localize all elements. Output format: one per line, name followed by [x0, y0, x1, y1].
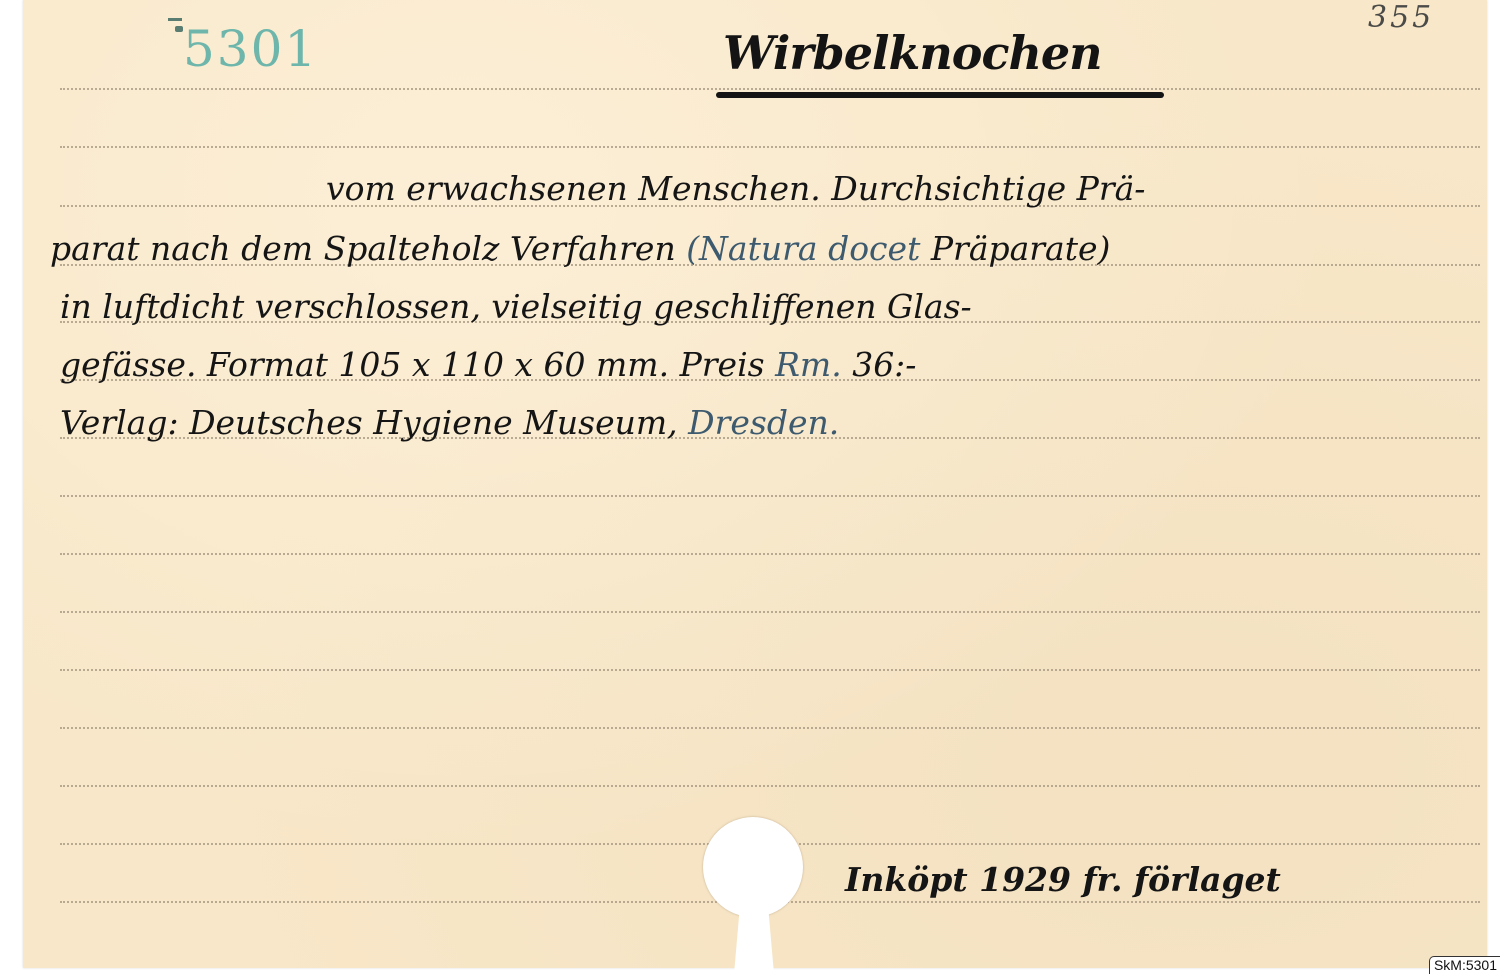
catalog-stamp-number: 5301 — [183, 24, 318, 74]
text-segment: parat nach dem Spalteholz Verfahren — [50, 229, 686, 268]
handwritten-line-3: in luftdicht verschlossen, vielseitig ge… — [60, 290, 972, 323]
ruled-line — [60, 495, 1480, 497]
text-segment-blue-ink: Rm. — [775, 345, 842, 384]
text-segment: gefässe. Format 105 x 110 x 60 mm. Preis — [60, 345, 775, 384]
stamp-mark — [175, 26, 183, 32]
ruled-line — [60, 553, 1480, 555]
corner-pencil-number: 355 — [1368, 0, 1434, 35]
handwritten-line-5: Verlag: Deutsches Hygiene Museum, Dresde… — [60, 406, 839, 439]
text-segment: in luftdicht verschlossen, vielseitig ge… — [60, 287, 972, 326]
ruled-line — [60, 727, 1480, 729]
keyhole-punch-hole — [703, 817, 803, 917]
text-segment: 36:- — [842, 345, 917, 384]
text-segment: Präparate) — [920, 229, 1110, 268]
handwritten-line-2: parat nach dem Spalteholz Verfahren (Nat… — [50, 232, 1110, 265]
handwritten-line-4: gefässe. Format 105 x 110 x 60 mm. Preis… — [60, 348, 916, 381]
keyhole-punch-slot — [734, 905, 774, 974]
handwritten-line-1: vom erwachsenen Menschen. Durchsichtige … — [326, 172, 1145, 205]
ruled-line — [60, 88, 1480, 90]
text-segment-blue-ink: Dresden. — [688, 403, 839, 442]
ruled-line — [60, 146, 1480, 148]
acquisition-note: Inköpt 1929 fr. förlaget — [845, 863, 1281, 896]
reference-label: SkM:5301 — [1429, 956, 1500, 974]
ruled-line — [60, 611, 1480, 613]
title-underline — [716, 92, 1164, 98]
text-segment: Verlag: Deutsches Hygiene Museum, — [60, 403, 688, 442]
text-segment: vom erwachsenen Menschen. Durchsichtige … — [326, 169, 1145, 208]
ruled-line — [60, 669, 1480, 671]
card-title: Wirbelknochen — [723, 30, 1102, 76]
ruled-line — [60, 785, 1480, 787]
text-segment-blue-ink: (Natura docet — [686, 229, 920, 268]
stamp-mark — [168, 18, 182, 21]
